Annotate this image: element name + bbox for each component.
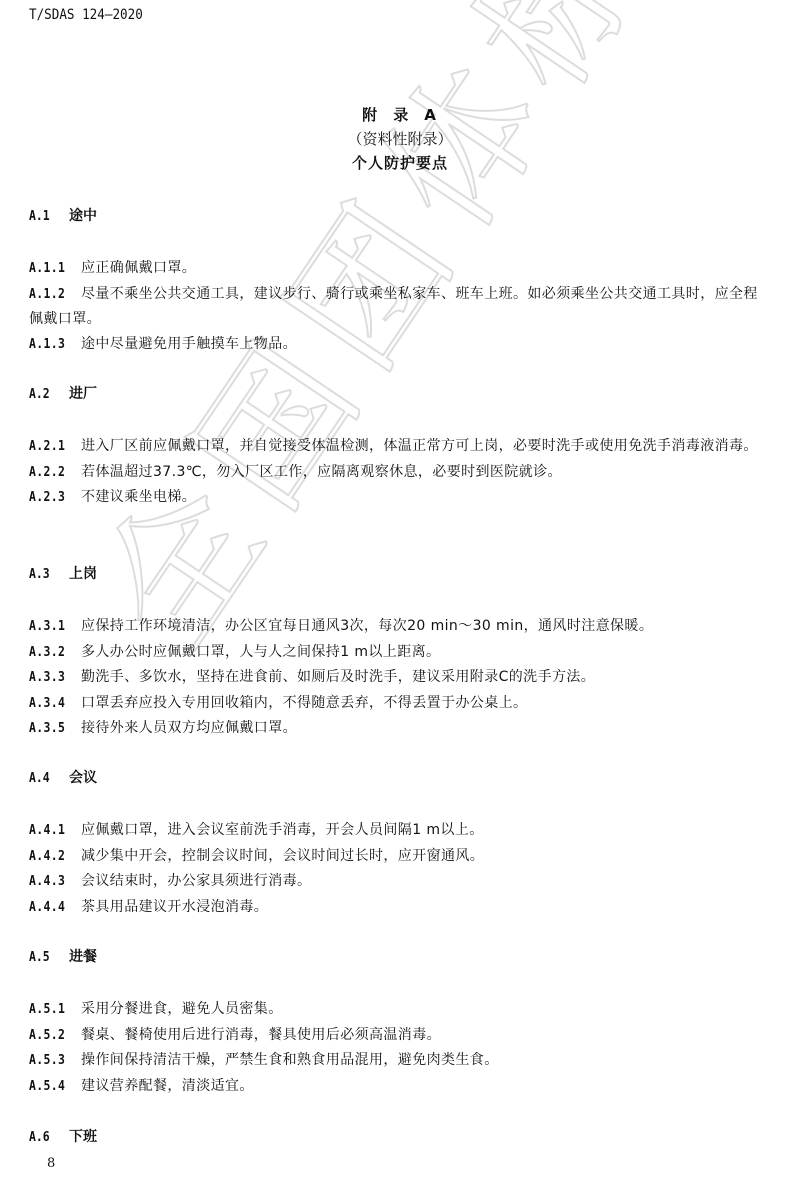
clause-number: A.3.2: [29, 641, 75, 666]
section-a3: A.3上岗 A.3.1应保持工作环境清洁，办公区宜每日通风3次，每次20 min…: [29, 562, 771, 742]
clause-item: A.5.4建议营养配餐，清淡适宜。: [29, 1074, 771, 1100]
section-a6: A.6下班: [29, 1125, 97, 1150]
clause-item: A.1.2尽量不乘坐公共交通工具，建议步行、骑行或乘坐私家车、班车上班。如必须乘…: [29, 282, 771, 332]
clause-item: A.4.4茶具用品建议开水浸泡消毒。: [29, 895, 771, 921]
clause-item: A.4.2减少集中开会，控制会议时间，会议时间过长时，应开窗通风。: [29, 844, 771, 870]
clause-item: A.2.1进入厂区前应佩戴口罩，并自觉接受体温检测，体温正常方可上岗，必要时洗手…: [29, 434, 771, 460]
appendix-title-block: 附录A （资料性附录） 个人防护要点: [0, 103, 800, 175]
section-a5: A.5进餐 A.5.1采用分餐进食，避免人员密集。 A.5.2餐桌、餐椅使用后进…: [29, 945, 771, 1099]
section-number: A.2: [29, 383, 64, 407]
section-heading: A.2进厂: [29, 382, 771, 407]
clause-item: A.3.3勤洗手、多饮水，坚持在进食前、如厕后及时洗手，建议采用附录C的洗手方法…: [29, 665, 771, 691]
appendix-nature: （资料性附录）: [0, 127, 800, 151]
clause-item: A.3.1应保持工作环境清洁，办公区宜每日通风3次，每次20 min～30 mi…: [29, 614, 771, 640]
clause-text: 不建议乘坐电梯。: [81, 489, 196, 505]
section-heading: A.5进餐: [29, 945, 771, 970]
clause-item: A.2.3不建议乘坐电梯。: [29, 485, 771, 511]
clause-text: 应正确佩戴口罩。: [81, 260, 196, 276]
clause-number: A.4.3: [29, 870, 75, 895]
appendix-heading: 附录A: [0, 103, 800, 127]
clause-text: 会议结束时，办公家具须进行消毒。: [81, 873, 311, 889]
section-heading: A.6下班: [29, 1125, 97, 1150]
page-number: 8: [47, 1156, 55, 1171]
section-title: 下班: [69, 1129, 97, 1145]
section-number: A.4: [29, 767, 64, 791]
clause-text: 多人办公时应佩戴口罩，人与人之间保持1 m以上距离。: [81, 644, 440, 660]
clause-number: A.4.1: [29, 819, 75, 844]
clause-text: 建议营养配餐，清淡适宜。: [81, 1078, 254, 1094]
clause-number: A.5.3: [29, 1049, 75, 1074]
section-heading: A.3上岗: [29, 562, 771, 587]
clause-item: A.4.3会议结束时，办公家具须进行消毒。: [29, 869, 771, 895]
clause-item: A.3.5接待外来人员双方均应佩戴口罩。: [29, 716, 771, 742]
section-a4: A.4会议 A.4.1应佩戴口罩，进入会议室前洗手消毒，开会人员间隔1 m以上。…: [29, 766, 771, 920]
clause-number: A.5.1: [29, 998, 75, 1023]
section-heading: A.4会议: [29, 766, 771, 791]
clause-number: A.3.1: [29, 615, 75, 640]
section-title: 进餐: [69, 949, 97, 965]
clause-item: A.5.1采用分餐进食，避免人员密集。: [29, 997, 771, 1023]
clause-text: 途中尽量避免用手触摸车上物品。: [81, 336, 297, 352]
clause-item: A.1.1应正确佩戴口罩。: [29, 256, 771, 282]
clause-number: A.3.5: [29, 717, 75, 742]
clause-text: 餐桌、餐椅使用后进行消毒，餐具使用后必须高温消毒。: [81, 1027, 441, 1043]
clause-number: A.1.3: [29, 333, 75, 358]
appendix-word-1: 附: [362, 106, 379, 124]
clause-text: 应佩戴口罩，进入会议室前洗手消毒，开会人员间隔1 m以上。: [81, 822, 484, 838]
section-a2: A.2进厂 A.2.1进入厂区前应佩戴口罩，并自觉接受体温检测，体温正常方可上岗…: [29, 382, 771, 511]
section-title: 上岗: [69, 566, 97, 582]
clause-number: A.2.1: [29, 435, 75, 460]
clause-number: A.5.2: [29, 1024, 75, 1049]
clause-number: A.3.3: [29, 666, 75, 691]
clause-number: A.2.3: [29, 486, 75, 511]
clause-text: 操作间保持清洁干燥，严禁生食和熟食用品混用，避免肉类生食。: [81, 1052, 499, 1068]
clause-item: A.3.4口罩丢弃应投入专用回收箱内，不得随意丢弃，不得丢置于办公桌上。: [29, 691, 771, 717]
appendix-subject: 个人防护要点: [0, 151, 800, 175]
clause-number: A.4.4: [29, 896, 75, 921]
clause-item: A.1.3途中尽量避免用手触摸车上物品。: [29, 332, 771, 358]
clause-text: 采用分餐进食，避免人员密集。: [81, 1001, 283, 1017]
section-number: A.1: [29, 205, 64, 229]
clause-number: A.4.2: [29, 845, 75, 870]
section-title: 会议: [69, 770, 97, 786]
section-number: A.6: [29, 1126, 64, 1150]
clause-item: A.5.2餐桌、餐椅使用后进行消毒，餐具使用后必须高温消毒。: [29, 1023, 771, 1049]
section-title: 进厂: [69, 386, 97, 402]
clause-item: A.3.2多人办公时应佩戴口罩，人与人之间保持1 m以上距离。: [29, 640, 771, 666]
clause-text: 若体温超过37.3℃，勿入厂区工作，应隔离观察休息，必要时到医院就诊。: [81, 464, 562, 480]
appendix-letter: A: [424, 106, 438, 124]
clause-text: 应保持工作环境清洁，办公区宜每日通风3次，每次20 min～30 min，通风时…: [81, 618, 653, 634]
clause-text: 进入厂区前应佩戴口罩，并自觉接受体温检测，体温正常方可上岗，必要时洗手或使用免洗…: [81, 438, 758, 454]
clause-item: A.2.2若体温超过37.3℃，勿入厂区工作，应隔离观察休息，必要时到医院就诊。: [29, 460, 771, 486]
section-number: A.3: [29, 563, 64, 587]
clause-number: A.1.2: [29, 283, 75, 308]
section-number: A.5: [29, 946, 64, 970]
clause-text: 勤洗手、多饮水，坚持在进食前、如厕后及时洗手，建议采用附录C的洗手方法。: [81, 669, 595, 685]
clause-text: 接待外来人员双方均应佩戴口罩。: [81, 720, 297, 736]
clause-text: 减少集中开会，控制会议时间，会议时间过长时，应开窗通风。: [81, 848, 484, 864]
section-heading: A.1途中: [29, 204, 771, 229]
document-code: T/SDAS 124—2020: [29, 7, 143, 23]
clause-text: 茶具用品建议开水浸泡消毒。: [81, 899, 268, 915]
clause-number: A.5.4: [29, 1075, 75, 1100]
section-a1: A.1途中 A.1.1应正确佩戴口罩。 A.1.2尽量不乘坐公共交通工具，建议步…: [29, 204, 771, 357]
section-title: 途中: [69, 208, 97, 224]
appendix-word-2: 录: [393, 106, 410, 124]
clause-item: A.4.1应佩戴口罩，进入会议室前洗手消毒，开会人员间隔1 m以上。: [29, 818, 771, 844]
clause-number: A.1.1: [29, 257, 75, 282]
clause-item: A.5.3操作间保持清洁干燥，严禁生食和熟食用品混用，避免肉类生食。: [29, 1048, 771, 1074]
clause-text: 口罩丢弃应投入专用回收箱内，不得随意丢弃，不得丢置于办公桌上。: [81, 695, 527, 711]
clause-text: 尽量不乘坐公共交通工具，建议步行、骑行或乘坐私家车、班车上班。如必须乘坐公共交通…: [29, 286, 758, 328]
clause-number: A.3.4: [29, 692, 75, 717]
clause-number: A.2.2: [29, 461, 75, 486]
